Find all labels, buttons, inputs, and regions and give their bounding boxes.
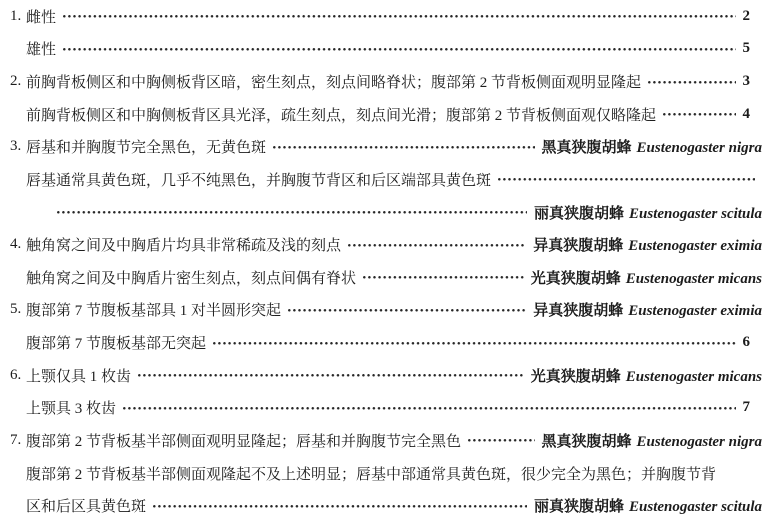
dot-leader [57,211,527,214]
dot-leader [498,178,755,181]
species-name-latin: Eustenogaster eximia [628,303,762,319]
key-line-text: 腹部第 7 节腹板基部无突起 [26,332,206,353]
dot-leader [138,374,524,377]
species-name-chinese: 黑真狭腹胡蜂 [542,433,632,450]
key-line-6a: 6. 上颚仅具 1 枚齿 光真狭腹胡蜂Eustenogaster micans [0,359,767,392]
key-line-text: 触角窝之间及中胸盾片密生刻点，刻点间偶有脊状 [26,267,356,288]
key-line-4b: 触角窝之间及中胸盾片密生刻点，刻点间偶有脊状 光真狭腹胡蜂Eustenogast… [0,261,767,294]
key-line-text: 唇基和并胸腹节完全黑色，无黄色斑 [26,136,266,157]
key-line-text: 雌性 [26,6,56,27]
couplet-number: 3. [10,138,26,155]
key-line-text: 区和后区具黄色斑 [26,495,146,516]
species-name: 丽真狭腹胡蜂Eustenogaster scitula [534,202,762,223]
key-line-6b: 上颚具 3 枚齿 7 [0,392,767,425]
dot-leader [288,309,526,312]
key-line-4a: 4. 触角窝之间及中胸盾片均具非常稀疏及浅的刻点 异真狭腹胡蜂Eustenoga… [0,228,767,261]
dot-leader [348,244,526,247]
ref-number: 7 [743,399,751,416]
dot-leader [468,439,535,442]
species-name-chinese: 光真狭腹胡蜂 [531,270,621,287]
species-name-latin: Eustenogaster micans [626,369,762,385]
species-name-latin: Eustenogaster eximia [628,238,762,254]
key-line-text: 腹部第 2 节背板基半部侧面观隆起不及上述明显；唇基中部通常具黄色斑，很少完全为… [26,463,716,484]
dot-leader [363,276,524,279]
key-line-1a: 1. 雌性 2 [0,0,767,33]
key-line-text: 触角窝之间及中胸盾片均具非常稀疏及浅的刻点 [26,234,341,255]
key-line-7a: 7. 腹部第 2 节背板基半部侧面观明显隆起；唇基和并胸腹节完全黑色 黑真狭腹胡… [0,424,767,457]
dot-leader [663,113,735,116]
species-name-latin: Eustenogaster scitula [629,499,762,515]
key-line-2b: 前胸背板侧区和中胸侧板背区具光泽，疏生刻点，刻点间光滑；腹部第 2 节背板侧面观… [0,98,767,131]
key-line-5a: 5. 腹部第 7 节腹板基部具 1 对半圆形突起 异真狭腹胡蜂Eustenoga… [0,294,767,327]
species-name-chinese: 异真狭腹胡蜂 [533,302,623,319]
couplet-number: 5. [10,301,26,318]
key-line-1b: 雄性 5 [0,33,767,66]
dot-leader [213,342,735,345]
ref-number: 6 [743,334,751,351]
species-name-latin: Eustenogaster nigra [637,434,762,450]
key-line-text: 前胸背板侧区和中胸侧板背区暗，密生刻点，刻点间略脊状；腹部第 2 节背板侧面观明… [26,71,641,92]
species-name: 异真狭腹胡蜂Eustenogaster eximia [533,234,762,255]
species-name: 黑真狭腹胡蜂Eustenogaster nigra [542,430,762,451]
key-line-7b: 腹部第 2 节背板基半部侧面观隆起不及上述明显；唇基中部通常具黄色斑，很少完全为… [0,457,767,490]
key-line-2a: 2. 前胸背板侧区和中胸侧板背区暗，密生刻点，刻点间略脊状；腹部第 2 节背板侧… [0,65,767,98]
key-line-text: 雄性 [26,38,56,59]
species-name: 光真狭腹胡蜂Eustenogaster micans [531,365,762,386]
species-name-chinese: 丽真狭腹胡蜂 [534,205,624,222]
key-line-text: 上颚具 3 枚齿 [26,397,116,418]
dot-leader [123,407,735,410]
dot-leader [648,81,735,84]
key-line-7b-continued: 区和后区具黄色斑 丽真狭腹胡蜂Eustenogaster scitula [0,489,767,522]
dot-leader [153,505,527,508]
ref-number: 4 [743,106,751,123]
species-name-chinese: 光真狭腹胡蜂 [531,368,621,385]
couplet-number: 4. [10,236,26,253]
key-line-5b: 腹部第 7 节腹板基部无突起 6 [0,326,767,359]
species-name: 黑真狭腹胡蜂Eustenogaster nigra [542,136,762,157]
key-line-text: 腹部第 7 节腹板基部具 1 对半圆形突起 [26,299,281,320]
ref-number: 3 [743,73,751,90]
key-line-3b: 唇基通常具黄色斑，几乎不纯黑色，并胸腹节背区和后区端部具黄色斑 [0,163,767,196]
key-line-3b-continued: 丽真狭腹胡蜂Eustenogaster scitula [0,196,767,229]
dot-leader [63,15,735,18]
species-name: 丽真狭腹胡蜂Eustenogaster scitula [534,495,762,516]
couplet-number: 6. [10,367,26,384]
species-name: 光真狭腹胡蜂Eustenogaster micans [531,267,762,288]
dot-leader [273,146,535,149]
species-name: 异真狭腹胡蜂Eustenogaster eximia [533,299,762,320]
key-line-text: 腹部第 2 节背板基半部侧面观明显隆起；唇基和并胸腹节完全黑色 [26,430,461,451]
couplet-number: 2. [10,73,26,90]
identification-key-page: 1. 雌性 2 雄性 5 2. 前胸背板侧区和中胸侧板背区暗，密生刻点，刻点间略… [0,0,767,522]
couplet-number: 7. [10,432,26,449]
species-name-chinese: 异真狭腹胡蜂 [533,237,623,254]
species-name-chinese: 黑真狭腹胡蜂 [542,139,632,156]
ref-number: 2 [743,8,751,25]
species-name-latin: Eustenogaster micans [626,271,762,287]
key-line-text: 唇基通常具黄色斑，几乎不纯黑色，并胸腹节背区和后区端部具黄色斑 [26,169,491,190]
species-name-latin: Eustenogaster scitula [629,206,762,222]
key-line-text: 前胸背板侧区和中胸侧板背区具光泽，疏生刻点，刻点间光滑；腹部第 2 节背板侧面观… [26,104,656,125]
key-line-text: 上颚仅具 1 枚齿 [26,365,131,386]
dot-leader [63,48,735,51]
species-name-chinese: 丽真狭腹胡蜂 [534,498,624,515]
species-name-latin: Eustenogaster nigra [637,140,762,156]
key-line-3a: 3. 唇基和并胸腹节完全黑色，无黄色斑 黑真狭腹胡蜂Eustenogaster … [0,131,767,164]
ref-number: 5 [743,40,751,57]
couplet-number: 1. [10,8,26,25]
